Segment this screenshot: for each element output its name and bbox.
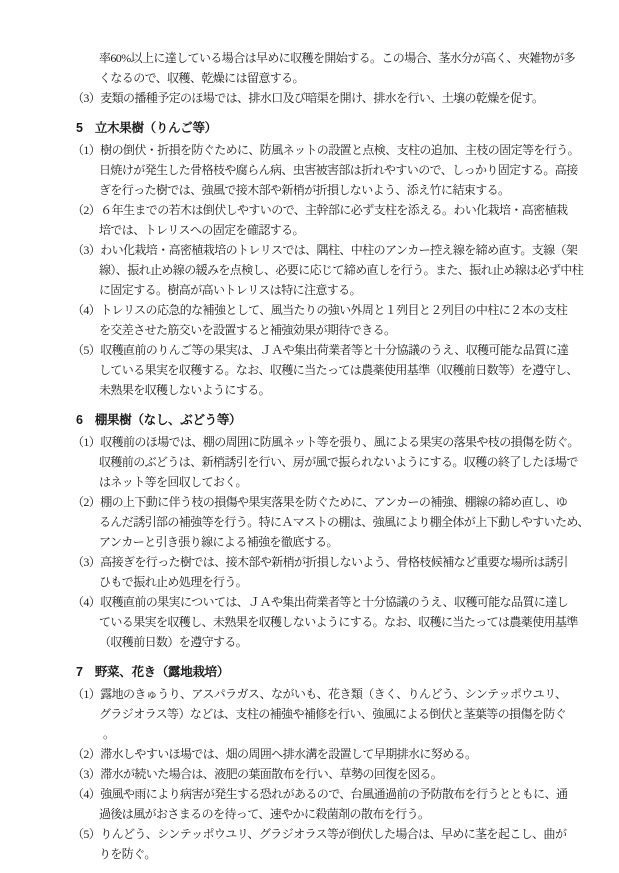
- text-line: りを防ぐ。: [99, 844, 619, 864]
- document-page: 率60%以上に達している場合は早めに収穫を開始する。この場合、茎水分が高く、夾雑…: [0, 0, 619, 873]
- text-line: （1）露地のきゅうり、アスパラガス、ながいも、花き類（きく、りんどう、シンテッポ…: [72, 684, 619, 704]
- text-line: （4）トレリスの応急的な補強として、風当たりの強い外周と１列目と２列目の中柱に２…: [72, 300, 619, 320]
- text-line: グラジオラス等）などは、支柱の補強や補修を行い、強風による倒伏と茎葉等の損傷を防…: [99, 704, 619, 724]
- text-line: ひもで振れ止め処理を行う。: [99, 572, 619, 592]
- text-line: 培では、トレリスへの固定を確認する。: [99, 220, 619, 240]
- text-line: （3）麦類の播種予定のほ場では、排水口及び暗渠を開け、排水を行い、土壌の乾燥を促…: [72, 88, 619, 108]
- text-line: 過後は風がおさまるのを待って、速やかに殺菌剤の散布を行う。: [99, 804, 619, 824]
- text-line: （収穫前日数）を遵守する。: [99, 632, 619, 652]
- section-heading: 5 立木果樹（りんご等）: [76, 118, 619, 138]
- text-line: を交差させた筋交いを設置すると補強効果が期待できる。: [99, 320, 619, 340]
- text-line: ぎを行った樹では、強風で接木部や新梢が折損しないよう、添え竹に結束する。: [99, 180, 619, 200]
- text-line: 。: [103, 724, 619, 744]
- text-line: している果実を収穫する。なお、収穫に当たっては農薬使用基準（収穫前日数等）を遵守…: [99, 360, 619, 380]
- text-line: アンカーと引き張り線による補強を徹底する。: [99, 532, 619, 552]
- text-line: ている果実を収穫し、未熟果を収穫しないようにする。なお、収穫に当たっては農薬使用…: [99, 612, 619, 632]
- text-line: （2）棚の上下動に伴う枝の損傷や果実落果を防ぐために、アンカーの補強、棚線の締め…: [72, 492, 619, 512]
- text-line: 線）、振れ止め線の緩みを点検し、必要に応じて締め直しを行う。また、振れ止め線は必…: [99, 260, 619, 280]
- text-line: るんだ誘引部の補強等を行う。特にＡマストの棚は、強風により棚全体が上下動しやすい…: [99, 512, 619, 532]
- text-line: 率60%以上に達している場合は早めに収穫を開始する。この場合、茎水分が高く、夾雑…: [99, 48, 619, 68]
- text-line: （3）滞水が続いた場合は、液肥の葉面散布を行い、草勢の回復を図る。: [72, 764, 619, 784]
- text-line: （1）樹の倒伏・折損を防ぐために、防風ネットの設置と点検、支柱の追加、主枝の固定…: [72, 140, 619, 160]
- section-heading: 7 野菜、花き（露地栽培）: [76, 662, 619, 682]
- text-line: に固定する。樹高が高いトレリスは特に注意する。: [99, 280, 619, 300]
- text-line: （4）収穫直前の果実については、ＪＡや集出荷業者等と十分協議のうえ、収穫可能な品…: [72, 592, 619, 612]
- text-line: （3）高接ぎを行った樹では、接木部や新梢が折損しないよう、骨格枝候補など重要な場…: [72, 552, 619, 572]
- text-line: （2）６年生までの若木は倒伏しやすいので、主幹部に必ず支柱を添える。わい化栽培・…: [72, 200, 619, 220]
- document-body: 率60%以上に達している場合は早めに収穫を開始する。この場合、茎水分が高く、夾雑…: [0, 0, 619, 864]
- text-line: （5）りんどう、シンテッポウユリ、グラジオラス等が倒伏した場合は、早めに茎を起こ…: [72, 824, 619, 844]
- text-line: （5）収穫直前のりんご等の果実は、ＪＡや集出荷業者等と十分協議のうえ、収穫可能な…: [72, 340, 619, 360]
- text-line: 日焼けが発生した骨格枝や腐らん病、虫害被害部は折れやすいので、しっかり固定する。…: [99, 160, 619, 180]
- text-line: （3）わい化栽培・高密植栽培のトレリスでは、隅柱、中柱のアンカー控え線を締め直す…: [72, 240, 619, 260]
- text-line: 収穫前のぶどうは、新梢誘引を行い、房が風で振られないようにする。収穫の終了したほ…: [99, 452, 619, 472]
- text-line: 未熟果を収穫しないようにする。: [99, 380, 619, 400]
- text-line: はネット等を回収しておく。: [99, 472, 619, 492]
- text-line: （4）強風や雨により病害が発生する恐れがあるので、台風通過前の予防散布を行うとと…: [72, 784, 619, 804]
- text-line: くなるので、収穫、乾燥には留意する。: [99, 68, 619, 88]
- text-line: （1）収穫前のほ場では、棚の周囲に防風ネット等を張り、風による果実の落果や枝の損…: [72, 432, 619, 452]
- section-heading: 6 棚果樹（なし、ぶどう等）: [76, 410, 619, 430]
- text-line: （2）滞水しやすいほ場では、畑の周囲へ排水溝を設置して早期排水に努める。: [72, 744, 619, 764]
